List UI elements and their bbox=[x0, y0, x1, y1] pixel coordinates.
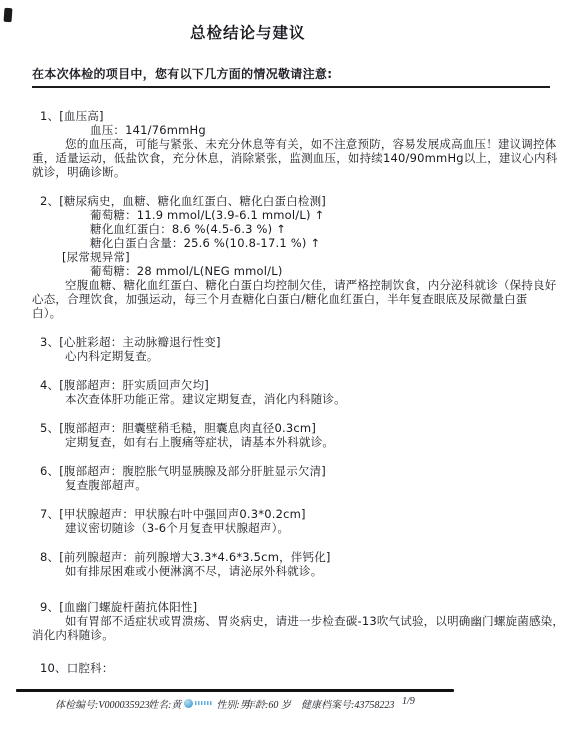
advice-line: 定期复查，如有右上腹痛等症状，请基本外科就诊。 bbox=[65, 435, 550, 449]
patient-name: 姓名:黄 bbox=[148, 696, 181, 711]
medical-report-page: 总检结论与建议 在本次体检的项目中，您有以下几方面的情况敬请注意: 1、[血压高… bbox=[0, 0, 574, 735]
advice-paragraph-line: 就诊，明确诊断。 bbox=[32, 165, 550, 179]
advice-paragraph-line: 重，适量运动，低盐饮食，充分休息，消除紧张，监测血压，如持续140/90mmHg… bbox=[32, 151, 550, 165]
sub-heading: [尿常规异常] bbox=[62, 250, 550, 264]
advice-paragraph-line: 空腹血糖、糖化血红蛋白、糖化白蛋白均控制欠佳，请严格控制饮食，内分泌科就诊（保持… bbox=[32, 278, 550, 292]
advice-line: 复查腹部超声。 bbox=[65, 478, 550, 492]
advice-paragraph-line: 如有胃部不适症状或胃溃疡、胃炎病史，请进一步检查碳-13吹气试验，以明确幽门螺旋… bbox=[32, 614, 550, 628]
advice-line: 建议密切随诊（3-6个月复查甲状腺超声）。 bbox=[65, 521, 550, 535]
section-dental: 10、口腔科： bbox=[32, 661, 550, 675]
section-heading: 7、[甲状腺超声：甲状腺右叶中强回声0.3*0.2cm] bbox=[40, 507, 550, 521]
measurement-line: 血压：141/76mmHg bbox=[90, 123, 550, 137]
section-thyroid-ultrasound: 7、[甲状腺超声：甲状腺右叶中强回声0.3*0.2cm] 建议密切随诊（3-6个… bbox=[32, 507, 550, 535]
section-heading: 8、[前列腺超声：前列腺增大3.3*4.6*3.5cm，伴钙化] bbox=[40, 550, 550, 564]
footer-info-row: 体检编号:V000035923 姓名:黄 性别:男 年龄:60 岁 健康档案号:… bbox=[0, 692, 574, 710]
section-heading: 6、[腹部超声：腹腔胀气明显胰腺及部分肝脏显示欠清] bbox=[40, 464, 550, 478]
section-abdominal-ultrasound-gallbladder: 5、[腹部超声：胆囊壁稍毛糙，胆囊息肉直径0.3cm] 定期复查，如有右上腹痛等… bbox=[32, 421, 550, 449]
name-mask-watermark-icon bbox=[184, 699, 193, 708]
advice-paragraph-line: 心态，合理饮食，加强运动，每三个月查糖化白蛋白/糖化血红蛋白，半年复查眼底及尿微… bbox=[32, 292, 550, 306]
page-title: 总检结论与建议 bbox=[190, 24, 550, 42]
notice-heading: 在本次体检的项目中，您有以下几方面的情况敬请注意: bbox=[32, 65, 550, 88]
advice-line: 本次查体肝功能正常。建议定期复查，消化内科随诊。 bbox=[65, 392, 550, 406]
advice-paragraph-line: 消化内科随诊。 bbox=[32, 628, 550, 642]
page-number: 1/9 bbox=[402, 696, 415, 707]
patient-age: 年龄:60 岁 bbox=[245, 696, 291, 711]
measurement-line: 糖化血红蛋白：8.6 %(4.5-6.3 %) ↑ bbox=[90, 222, 550, 236]
section-cardiac-ultrasound: 3、[心脏彩超：主动脉瓣退行性变] 心内科定期复查。 bbox=[32, 335, 550, 363]
section-heading: 1、[血压高] bbox=[40, 109, 550, 123]
watermark-tiny-text-icon bbox=[195, 701, 212, 705]
section-heading: 9、[血幽门螺旋杆菌抗体阳性] bbox=[40, 600, 550, 614]
section-heading: 2、[糖尿病史，血糖、糖化血红蛋白、糖化白蛋白检测] bbox=[40, 194, 550, 208]
patient-name-group: 姓名:黄 性别:男 bbox=[148, 696, 250, 711]
section-helicobacter: 9、[血幽门螺旋杆菌抗体阳性] 如有胃部不适症状或胃溃疡、胃炎病史，请进一步检查… bbox=[32, 600, 550, 642]
advice-line: 心内科定期复查。 bbox=[65, 349, 550, 363]
exam-number: 体检编号:V000035923 bbox=[55, 696, 149, 711]
scan-artifact-mark bbox=[4, 8, 13, 23]
advice-line: 如有排尿困难或小便淋漓不尽，请泌尿外科就诊。 bbox=[65, 564, 550, 578]
section-prostate-ultrasound: 8、[前列腺超声：前列腺增大3.3*4.6*3.5cm，伴钙化] 如有排尿困难或… bbox=[32, 550, 550, 578]
section-heading: 5、[腹部超声：胆囊壁稍毛糙，胆囊息肉直径0.3cm] bbox=[40, 421, 550, 435]
section-abdominal-ultrasound-liver: 4、[腹部超声：肝实质回声欠均] 本次查体肝功能正常。建议定期复查，消化内科随诊… bbox=[32, 378, 550, 406]
section-heading: 10、口腔科： bbox=[40, 661, 550, 675]
measurement-line: 葡萄糖：11.9 mmol/L(3.9-6.1 mmol/L) ↑ bbox=[90, 208, 550, 222]
section-blood-pressure: 1、[血压高] 血压：141/76mmHg 您的血压高，可能与紧张、未充分休息等… bbox=[32, 109, 550, 179]
section-abdominal-ultrasound-pancreas: 6、[腹部超声：腹腔胀气明显胰腺及部分肝脏显示欠清] 复查腹部超声。 bbox=[32, 464, 550, 492]
measurement-line: 糖化白蛋白含量：25.6 %(10.8-17.1 %) ↑ bbox=[90, 236, 550, 250]
section-diabetes: 2、[糖尿病史，血糖、糖化血红蛋白、糖化白蛋白检测] 葡萄糖：11.9 mmol… bbox=[32, 194, 550, 320]
measurement-line: 葡萄糖：28 mmol/L(NEG mmol/L) bbox=[90, 264, 550, 278]
section-heading: 3、[心脏彩超：主动脉瓣退行性变] bbox=[40, 335, 550, 349]
health-record-number: 健康档案号:43758223 bbox=[301, 696, 394, 711]
report-footer: 体检编号:V000035923 姓名:黄 性别:男 年龄:60 岁 健康档案号:… bbox=[0, 689, 574, 710]
section-heading: 4、[腹部超声：肝实质回声欠均] bbox=[40, 378, 550, 392]
advice-paragraph-line: 您的血压高，可能与紧张、未充分休息等有关，如不注意预防，容易发展成高血压！建议调… bbox=[32, 137, 550, 151]
advice-paragraph-line: 白）。 bbox=[32, 306, 550, 320]
